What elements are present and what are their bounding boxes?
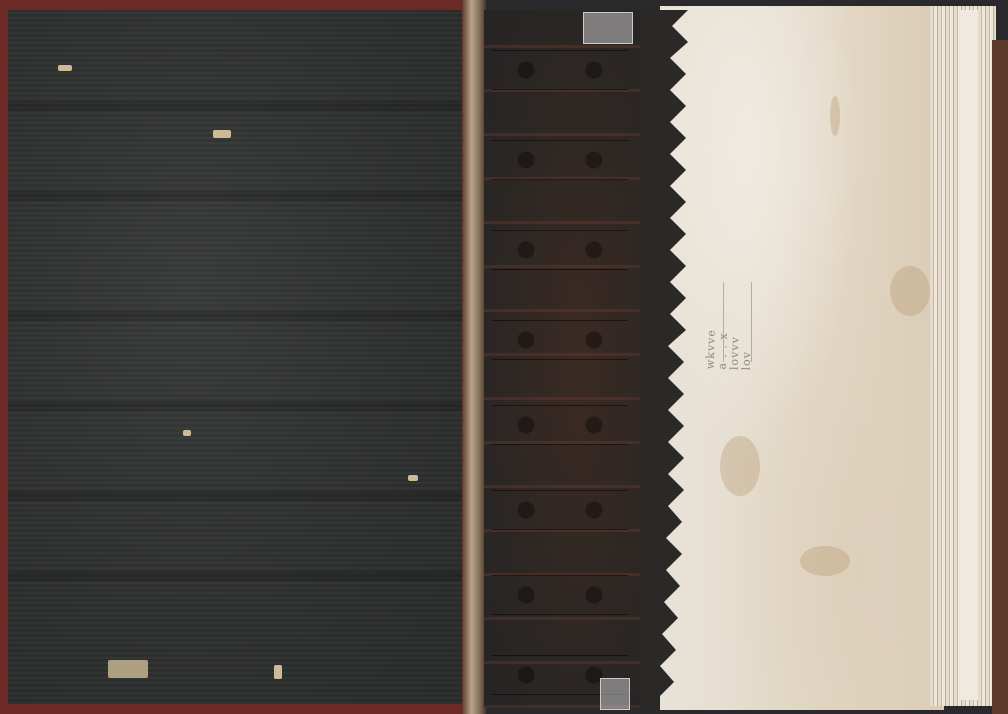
stain — [830, 96, 840, 136]
blind-tooling-band — [8, 100, 466, 111]
hinge-gutter — [462, 0, 486, 714]
stamp-ornament — [492, 320, 628, 360]
stamp-ornament — [492, 490, 628, 530]
blind-tooling-band — [8, 490, 466, 501]
pencil-notation: wkvve a . . x lovvv lov — [705, 289, 756, 371]
page-block-white-leaf — [960, 10, 978, 700]
front-board-turn-in — [0, 0, 472, 714]
stamp-ornament — [492, 405, 628, 445]
front-board-leather — [8, 10, 466, 704]
back-cover-edge — [992, 40, 1008, 714]
zigzag-cut-edge — [640, 10, 700, 708]
book-photo: wkvve a . . x lovvv lov Dark blind-toole… — [0, 0, 1008, 714]
stamp-ornament — [492, 50, 628, 90]
stain — [890, 266, 930, 316]
wear-spot — [58, 65, 72, 71]
wear-spot — [274, 665, 282, 679]
blind-tooling-band — [8, 400, 466, 411]
wear-spot — [108, 660, 148, 678]
wear-spot — [408, 475, 418, 481]
tape-repair-top — [583, 12, 633, 44]
blind-tooling-band — [8, 310, 466, 321]
blind-tooling-band — [8, 570, 466, 581]
wear-spot — [183, 430, 191, 436]
stain — [720, 436, 760, 496]
stamp-ornament — [492, 575, 628, 615]
wear-spot — [213, 130, 231, 138]
flyleaf-page — [660, 6, 944, 710]
stain — [800, 546, 850, 576]
blind-tooling-band — [8, 190, 466, 201]
tape-repair-bottom — [600, 678, 630, 710]
stamp-ornament — [492, 140, 628, 180]
stamp-ornament — [492, 230, 628, 270]
